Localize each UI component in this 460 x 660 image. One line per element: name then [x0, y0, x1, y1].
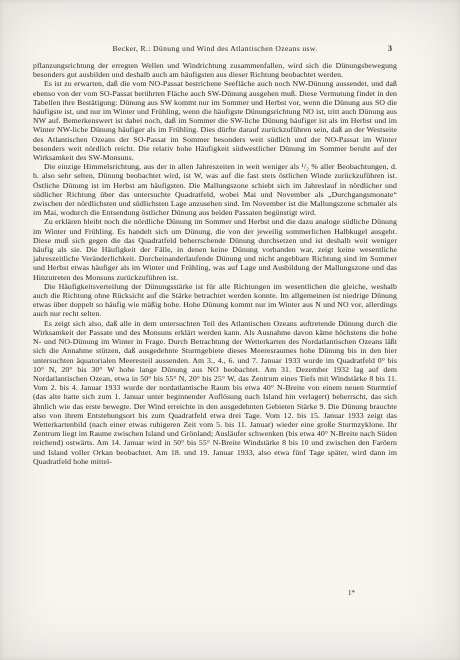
printer-signature-mark: 1*: [348, 589, 355, 597]
running-header: Becker, R.: Dünung und Wind des Atlantis…: [33, 44, 397, 53]
page-number: 3: [388, 44, 392, 53]
paragraph: Die Häufigkeitsverteilung der Dünungsstä…: [33, 282, 397, 319]
scanned-paper-page: Becker, R.: Dünung und Wind des Atlantis…: [0, 0, 460, 660]
paragraph: Zu erklären bleibt noch die nördliche Dü…: [33, 217, 397, 281]
paragraph: Es ist zu erwarten, daß die vom NO-Passa…: [33, 79, 397, 162]
paragraph: Die einzige Himmelsrichtung, aus der in …: [33, 162, 397, 217]
page-body: pflanzungsrichtung der erregten Wellen u…: [33, 61, 397, 466]
paragraph: Es zeigt sich also, daß alle in dem unte…: [33, 319, 397, 466]
paragraph-continuation: pflanzungsrichtung der erregten Wellen u…: [33, 61, 397, 79]
